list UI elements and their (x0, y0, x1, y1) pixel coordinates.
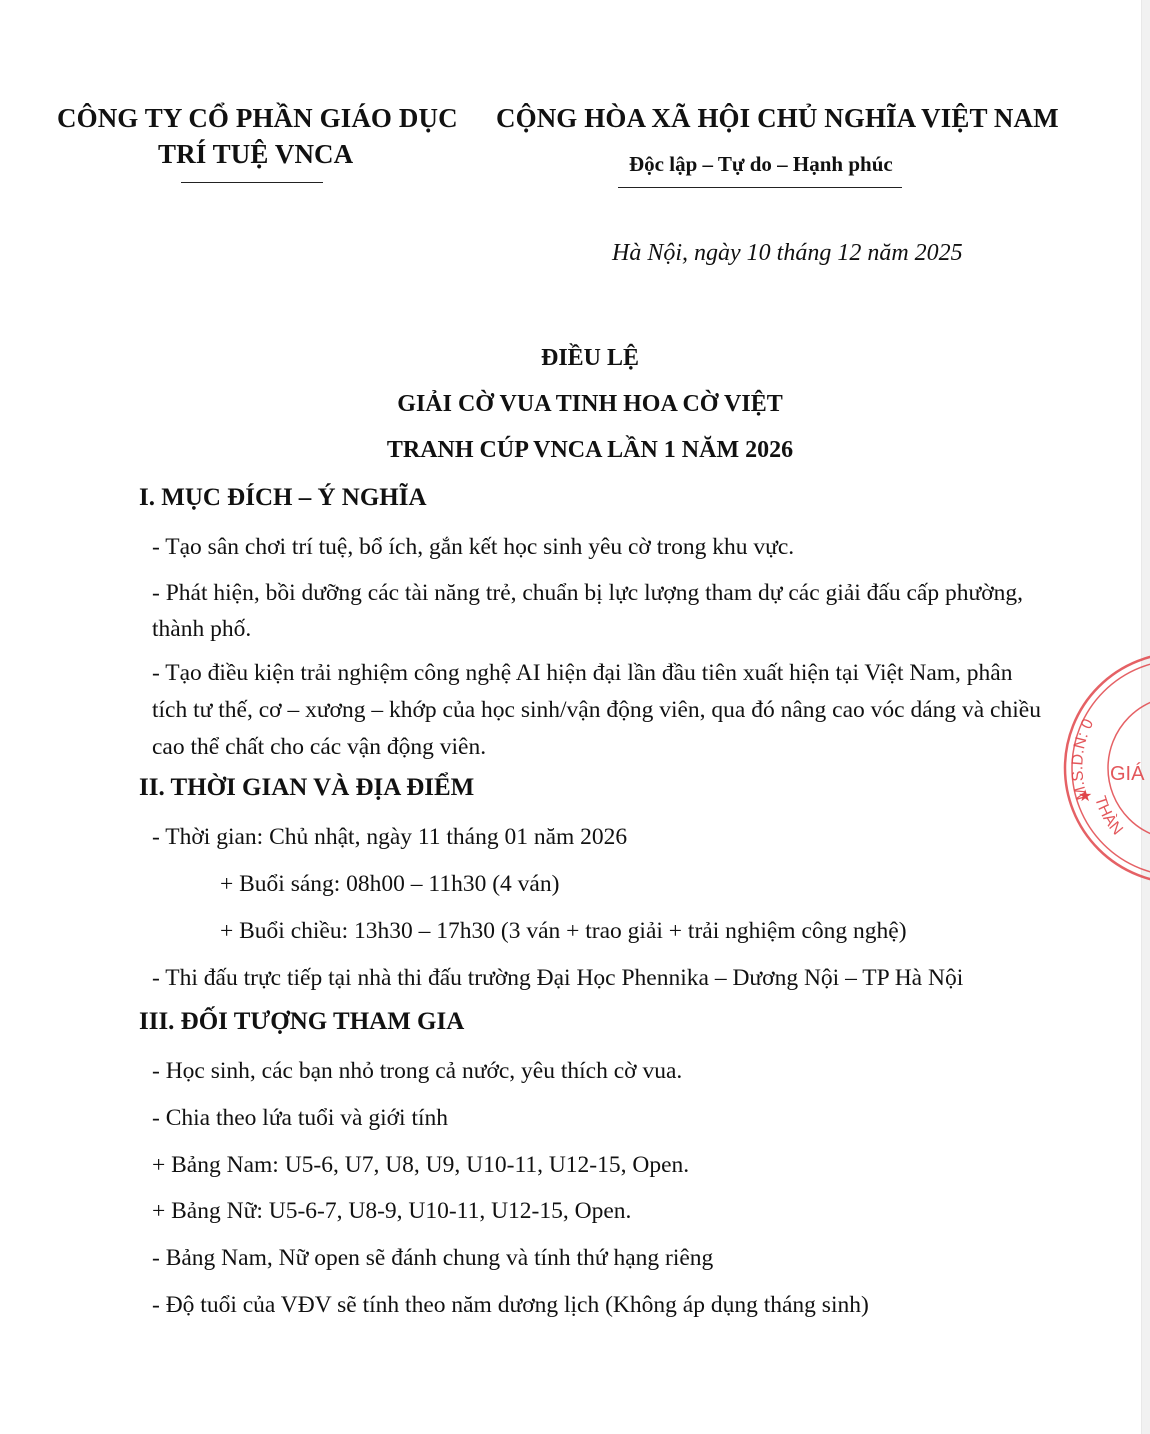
motto-underline (618, 187, 902, 188)
stamp-text-bottom: THÀN (1091, 794, 1126, 838)
female-categories: + Bảng Nữ: U5-6-7, U8-9, U10-11, U12-15,… (152, 1193, 631, 1229)
purpose-item-1: - Tạo sân chơi trí tuệ, bổ ích, gắn kết … (152, 529, 1042, 565)
stamp-star-icon: ★ (1078, 786, 1092, 805)
document-title: ĐIỀU LỆ (0, 345, 1150, 372)
company-name-line1: CÔNG TY CỔ PHẦN GIÁO DỤC (57, 103, 458, 134)
date-line: Hà Nội, ngày 10 tháng 12 năm 2025 (612, 240, 963, 267)
company-stamp-icon: M.S.D.N: 0 THÀN GIÁ ★ (1060, 648, 1150, 888)
national-title: CỘNG HÒA XÃ HỘI CHỦ NGHĨA VIỆT NAM (496, 103, 1059, 134)
age-rule: - Độ tuổi của VĐV sẽ tính theo năm dương… (152, 1287, 869, 1323)
tournament-name: GIẢI CỜ VUA TINH HOA CỜ VIỆT (0, 391, 1150, 418)
section-heading-participants: III. ĐỐI TƯỢNG THAM GIA (139, 1008, 464, 1036)
participants-item-2: - Chia theo lứa tuổi và giới tính (152, 1100, 448, 1136)
male-categories: + Bảng Nam: U5-6, U7, U8, U9, U10-11, U1… (152, 1147, 689, 1183)
section-heading-time-place: II. THỜI GIAN VÀ ĐỊA ĐIỂM (139, 774, 474, 802)
morning-session: + Buổi sáng: 08h00 – 11h30 (4 ván) (220, 866, 559, 902)
afternoon-session: + Buổi chiều: 13h30 – 17h30 (3 ván + tra… (220, 913, 907, 949)
stamp-text-center: GIÁ (1110, 762, 1145, 785)
time-item: - Thời gian: Chủ nhật, ngày 11 tháng 01 … (152, 819, 627, 855)
purpose-item-2: - Phát hiện, bồi dưỡng các tài năng trẻ,… (152, 575, 1042, 647)
company-name-line2: TRÍ TUỆ VNCA (158, 139, 353, 170)
tournament-subtitle: TRANH CÚP VNCA LẦN 1 NĂM 2026 (0, 437, 1150, 464)
company-underline (181, 182, 323, 183)
section-heading-purpose: I. MỤC ĐÍCH – Ý NGHĨA (139, 484, 427, 512)
purpose-item-3: - Tạo điều kiện trải nghiệm công nghệ AI… (152, 655, 1042, 766)
open-rule: - Bảng Nam, Nữ open sẽ đánh chung và tín… (152, 1240, 713, 1276)
national-motto: Độc lập – Tự do – Hạnh phúc (629, 152, 893, 177)
participants-item-1: - Học sinh, các bạn nhỏ trong cả nước, y… (152, 1053, 682, 1089)
venue-item: - Thi đấu trực tiếp tại nhà thi đấu trườ… (152, 960, 963, 996)
svg-text:THÀN: THÀN (1091, 794, 1126, 838)
